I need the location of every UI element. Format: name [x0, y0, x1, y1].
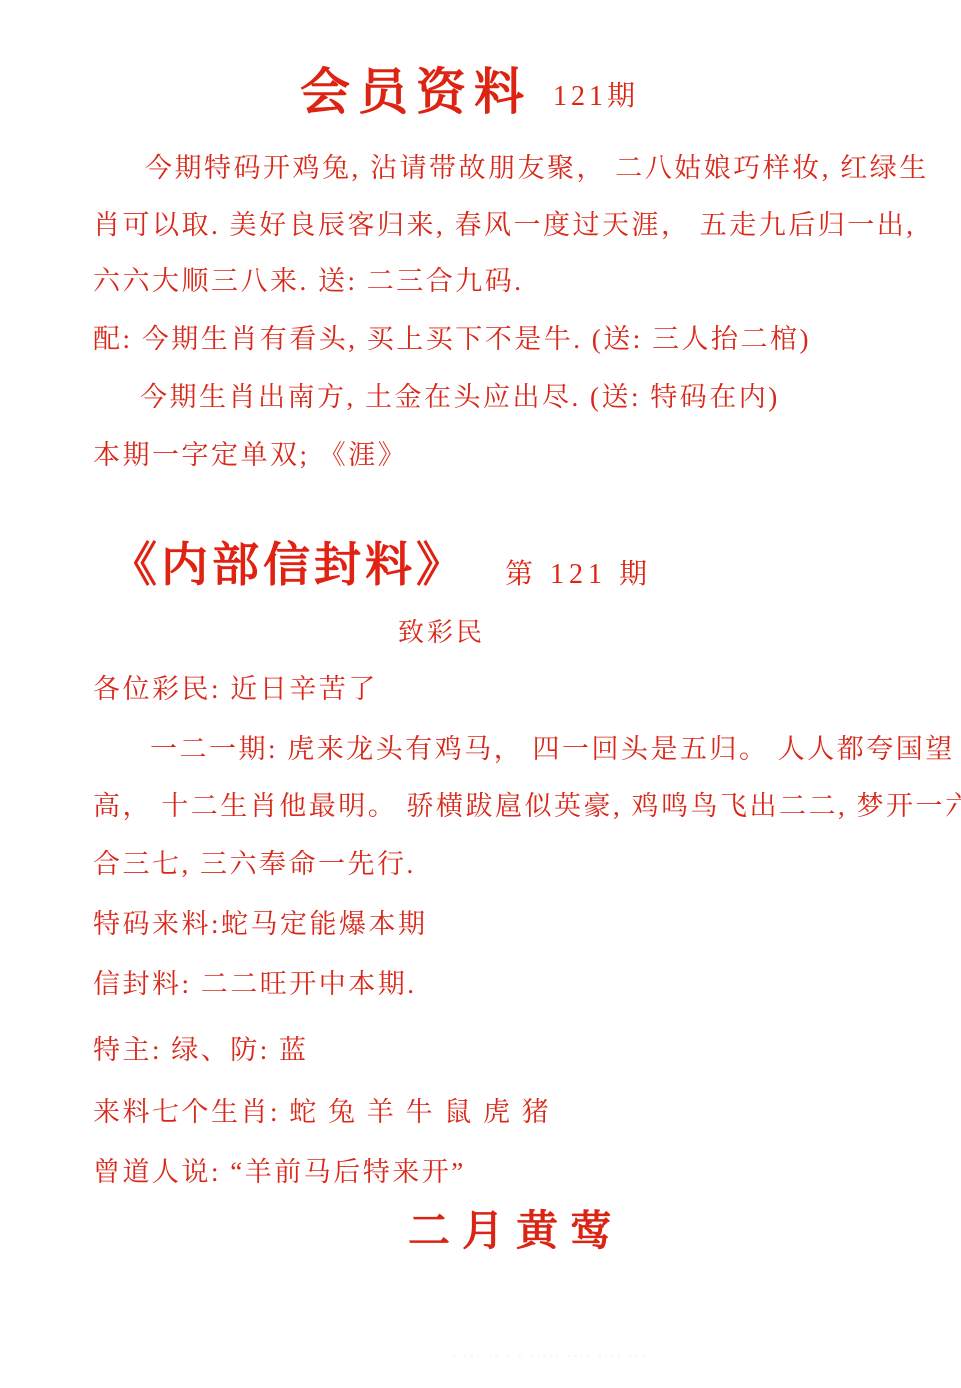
envelope-greeting: 致彩民 [398, 612, 485, 649]
envelope-line: 特码来料:蛇马定能爆本期 [93, 902, 428, 941]
footer-fragment: · ··· ·· · · ····· ···· ···· ··· [452, 1352, 648, 1363]
member-line: 今期生肖出南方, 土金在头应出尽. (送: 特码在内) [140, 375, 780, 414]
envelope-line: 各位彩民: 近日辛苦了 [93, 667, 378, 706]
member-line: 配: 今期生肖有看头, 买上买下不是牛. (送: 三人抬二棺) [93, 317, 811, 356]
member-line: 肖可以取. 美好良辰客归来, 春风一度过天涯， 五走九后归一出, [93, 203, 916, 242]
envelope-line: 曾道人说: “羊前马后特来开” [93, 1150, 466, 1189]
signature-line: 二月黄莺 [408, 1198, 624, 1258]
document-page: 会员资料 121期 今期特码开鸡兔, 沾请带故朋友聚， 二八姑娘巧样妆, 红绿生… [0, 0, 961, 1388]
member-line: 六六大顺三八来. 送: 二三合九码. [93, 259, 524, 298]
member-line: 本期一字定单双; 《涯》 [93, 433, 407, 472]
envelope-line: 合三七, 三六奉命一先行. [93, 842, 416, 881]
member-issue-number: 121期 [553, 74, 639, 114]
member-section-title: 会员资料 [300, 52, 532, 124]
envelope-line: 一二一期: 虎来龙头有鸡马， 四一回头是五归。 人人都夸国望 [150, 727, 955, 766]
envelope-line: 来料七个生肖: 蛇 兔 羊 牛 鼠 虎 猪 [93, 1090, 551, 1129]
envelope-line: 信封料: 二二旺开中本期. [93, 962, 417, 1001]
envelope-line: 高， 十二生肖他最明。 骄横跋扈似英豪, 鸡鸣鸟飞出二二, 梦开一六 [93, 784, 961, 823]
member-line: 今期特码开鸡兔, 沾请带故朋友聚， 二八姑娘巧样妆, 红绿生 [145, 146, 929, 185]
envelope-issue-number: 第 121 期 [505, 552, 652, 592]
envelope-line: 特主: 绿、防: 蓝 [93, 1028, 309, 1067]
envelope-section-title: 《内部信封料》 [110, 528, 467, 595]
